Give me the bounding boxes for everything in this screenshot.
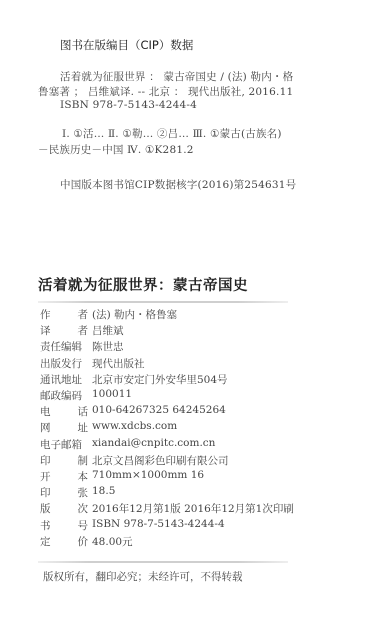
bottom-divider [38,561,288,563]
cip-isbn-line: ISBN 978-7-5143-4244-4 [60,99,197,111]
info-label: 邮政编码 [40,388,88,403]
info-value: 710mm×1000mm 16 [92,469,204,481]
info-value: www.xdcbs.com [92,420,177,432]
info-label-part: 网 [40,420,51,435]
title-divider [38,301,288,303]
info-value: 陈世忠 [92,339,124,354]
info-label: 电话 [40,404,88,419]
copyright-notice: 版权所有，翻印必究；未经许可，不得转载 [43,569,243,584]
info-label: 出版发行 [40,356,88,371]
info-value: 北京文昌阁彩色印刷有限公司 [92,453,229,468]
cip-record-number: 中国版本图书馆CIP数据核字(2016)第254631号 [60,177,296,192]
info-label: 开本 [40,469,88,484]
info-label-part: 版 [40,501,51,516]
info-label-part: 址 [78,420,89,435]
info-label-part: 次 [78,501,89,516]
info-value: 48.00元 [92,534,133,549]
info-label: 责任编辑 [40,339,88,354]
info-value: 2016年12月第1版 2016年12月第1次印刷 [92,501,294,516]
info-value: 北京市安定门外安华里504号 [92,372,228,387]
cip-heading: 图书在版编目（CIP）数据 [60,37,193,53]
info-label-part: 者 [78,307,89,322]
info-label-part: 电子邮箱 [40,437,82,452]
info-label: 版次 [40,501,88,516]
info-label-part: 译 [40,323,51,338]
info-label-part: 话 [78,404,89,419]
info-label-part: 制 [78,453,89,468]
info-value: xiandai@cnpitc.com.cn [92,437,215,449]
info-label: 译者 [40,323,88,338]
info-value: 现代出版社 [92,356,145,371]
info-value: ISBN 978-7-5143-4244-4 [92,518,225,530]
info-label-part: 作 [40,307,51,322]
cip-description-line-1: 活着就为征服世界 ： 蒙古帝国史 / (法) 勒内・格 [60,69,293,84]
info-label-part: 出版发行 [40,356,82,371]
info-label-part: 电 [40,404,51,419]
info-label: 电子邮箱 [40,437,88,452]
info-label-part: 价 [78,534,89,549]
info-value: 吕维斌 [92,323,124,338]
info-label: 定价 [40,534,88,549]
info-value: 010-64267325 64245264 [92,404,226,416]
book-title: 活着就为征服世界：蒙古帝国史 [38,274,248,295]
info-label-part: 者 [78,323,89,338]
info-label: 通讯地址 [40,372,88,387]
info-label: 印制 [40,453,88,468]
info-value: 100011 [92,388,132,400]
info-value: (法) 勒内・格鲁塞 [92,307,177,322]
cip-classification-line-1: Ⅰ. ①活… Ⅱ. ①勒… ②吕… Ⅲ. ①蒙古(古族名) [62,126,282,141]
info-label: 作者 [40,307,88,322]
info-label-part: 号 [78,518,89,533]
info-label-part: 责任编辑 [40,339,82,354]
info-label: 书号 [40,518,88,533]
info-label-part: 定 [40,534,51,549]
info-label-part: 邮政编码 [40,388,82,403]
cip-classification-line-2: －民族历史－中国 Ⅳ. ①K281.2 [38,142,194,157]
info-label-part: 印 [40,485,51,500]
info-value: 18.5 [92,485,115,497]
info-label-part: 印 [40,453,51,468]
info-label: 网址 [40,420,88,435]
info-label: 印张 [40,485,88,500]
info-label-part: 书 [40,518,51,533]
info-label-part: 本 [78,469,89,484]
cip-description-line-2: 鲁塞著 ； 吕维斌译. -- 北京 ： 现代出版社, 2016.11 [38,84,293,99]
info-label-part: 张 [78,485,89,500]
info-label-part: 开 [40,469,51,484]
info-label-part: 通讯地址 [40,372,82,387]
